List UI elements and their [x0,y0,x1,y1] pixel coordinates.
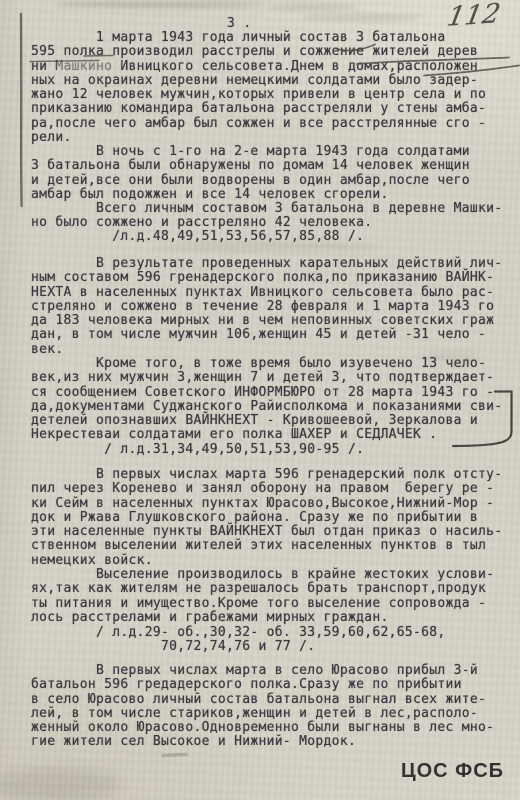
citation-2: / л.д.31,34,49,50,51,53,90-95 /. [31,443,516,457]
text-line: 595 полка производил расстрелы и сожжени… [31,45,516,59]
text-line: ни Машкино Ивницкого сельсовета.Днем в д… [31,60,516,74]
text-line: стреляно и сожжено в течение 28 февраля … [31,300,516,314]
paragraph-7: Выселение производилось в крайне жестоки… [31,568,516,625]
text-line: ки Сейм в населенных пунктах Юрасово,Выс… [31,497,516,511]
paper-blemish [0,768,120,800]
paragraph-5: Кроме того, в тоже время было изувечено … [31,357,516,443]
text-line: пил через Коренево и занял оборону на пр… [31,482,516,496]
text-line: век. [31,343,516,357]
text-line: лось расстрелами и грабежами мирных граж… [31,611,516,625]
text-line: ра,после чего амбар был сожжен и все рас… [31,117,516,131]
bleed-through-mark [268,4,358,10]
text-line: век,из них мужчин 3,женщин 7 и детей 3, … [31,371,516,385]
bleed-through-mark [302,14,422,21]
text-line: ях,так как жителям не разрешалось брать … [31,582,516,596]
paragraph-1: 1 марта 1943 года личный состав 3 баталь… [31,31,516,145]
text-line: детелей опознавших ВАЙНКНЕХТ - Кривошеев… [31,414,516,428]
citation-1: /л.д.48,49,51,53,56,57,85,88 /. [31,230,516,244]
text-line: батальон 596 гредадерского полка.Сразу ж… [31,678,516,692]
citation-3: / л.д.29- об.,30,32- об. 33,59,60,62,65-… [31,626,516,655]
text-line: Некрестеваи солдатами его полка ШАХЕР и … [31,428,516,442]
paragraph-6: В первых числах марта 596 гренадерский п… [31,468,516,568]
folio-number-handwritten: 112 [445,0,503,33]
text-line: дан, в том числе мужчин 106,женщин 45 и … [31,328,516,342]
text-line: ным составом 596 гренадерского полка,по … [31,271,516,285]
text-line: /л.д.48,49,51,53,56,57,85,88 /. [31,230,516,244]
text-line: / л.д.29- об.,30,32- об. 33,59,60,62,65-… [31,626,516,640]
eraser-smudge [163,755,186,756]
archive-stamp: ЦОС ФСБ [401,760,504,783]
text-line: 70,72,74,76 и 77 /. [31,640,516,654]
text-line: в село Юрасово личный состав батальона в… [31,693,516,707]
paragraph-4: В результате проведенных карательных дей… [31,257,516,357]
bleed-through-mark [55,1,265,8]
paragraph-2: В ночь с 1-го на 2-е марта 1943 года сол… [31,145,516,202]
text-line: ных на окраинах деревни немецкими солдат… [31,74,516,88]
page-number: 3 . [227,16,251,31]
text-line: гие жители сел Высокое и Нижний- Мордок. [31,735,516,749]
text-line: немецких войск. [31,554,516,568]
paragraph-3: Всего личным составом 3 батальона в дере… [31,202,516,231]
text-line: НЕХТА в населенных пунктах Ивницкого сел… [31,286,516,300]
text-line: ся сообщением Советского ИНФОРМБЮРО от 2… [31,386,516,400]
left-margin-line [21,14,22,206]
text-line: 3 батальона были обнаружены по домам 14 … [31,159,516,173]
document-page: 3 . 112 1 марта 1943 года личный состав … [0,0,520,800]
text-line: ты питания и имущество.Кроме того выселе… [31,597,516,611]
text-line: и детей,все они были водворены в один ам… [31,174,516,188]
text-line: приказанию командира батальона расстреля… [31,102,516,116]
text-line: / л.д.31,34,49,50,51,53,90-95 /. [31,443,516,457]
paragraph-8: В первых числах марта в село Юрасово при… [31,664,516,750]
text-line: ственном выселении жителей этих населенн… [31,539,516,553]
